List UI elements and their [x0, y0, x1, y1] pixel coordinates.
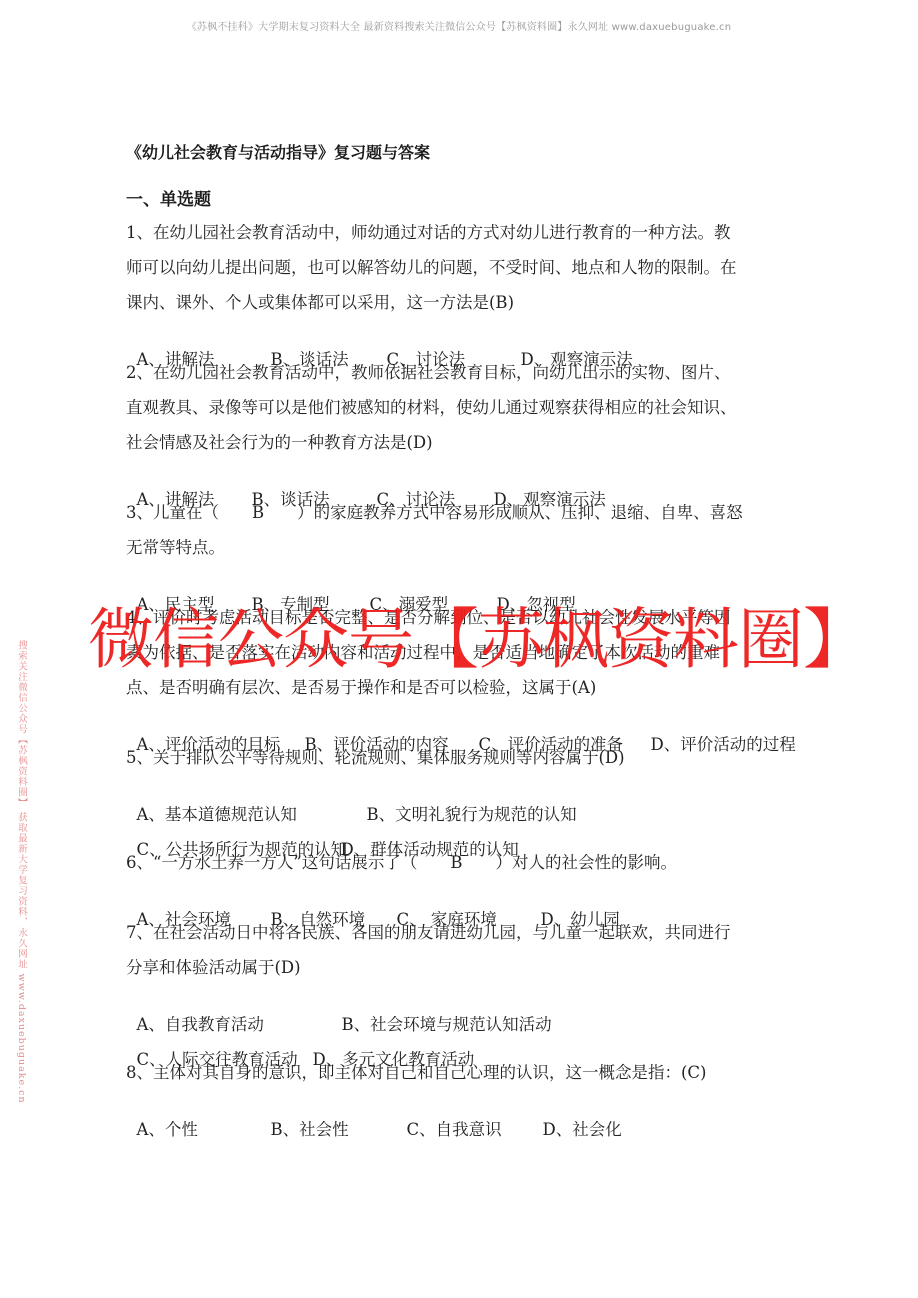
- question-4-line-1: 4、评价时考虑活动目标是否完整、是否分解到位、是否以幼儿社会性发展水平等因: [126, 607, 731, 629]
- question-8-options: A、个性B、社会性C、自我意识D、社会化: [126, 1097, 622, 1141]
- question-6-line-1: 6、“一方水土养一方人”这句话展示了（ B ）对人的社会性的影响。: [126, 852, 677, 874]
- document-title: 《幼儿社会教育与活动指导》复习题与答案: [126, 140, 430, 163]
- question-7-line-2: 分享和体验活动属于(D): [126, 957, 301, 979]
- question-1-line-3: 课内、课外、个人或集体都可以采用，这一方法是(B): [126, 292, 514, 314]
- option-a: A、个性: [137, 1119, 271, 1141]
- section-heading: 一、单选题: [126, 185, 211, 210]
- question-2-line-2: 直观教具、录像等可以是他们被感知的材料，使幼儿通过观察获得相应的社会知识、: [126, 397, 737, 419]
- question-1-line-1: 1、在幼儿园社会教育活动中，师幼通过对话的方式对幼儿进行教育的一种方法。教: [126, 222, 731, 244]
- option-d: D、社会化: [543, 1119, 622, 1141]
- side-watermark: 搜索关注微信公众号【苏枫资料圈】 获取最新大学复习资料，永久网址 www.dax…: [12, 640, 26, 1104]
- option-d: D、评价活动的过程: [651, 734, 796, 756]
- question-3-line-1: 3、儿童在（ B ）的家庭教养方式中容易形成顺从、压抑、退缩、自卑、喜怒: [126, 502, 743, 524]
- question-8-line-1: 8、主体对其自身的意识，即主体对自己和自己心理的认识，这一概念是指：(C): [126, 1062, 707, 1084]
- question-1-line-2: 师可以向幼儿提出问题，也可以解答幼儿的问题，不受时间、地点和人物的限制。在: [126, 257, 737, 279]
- top-banner: 《苏枫不挂科》大学期末复习资料大全 最新资料搜索关注微信公众号【苏枫资料圈】永久…: [0, 18, 918, 33]
- question-4-line-2: 素为依据、是否落实在活动内容和活动过程中，是否适当地确定了本次活动的重难: [126, 642, 720, 664]
- question-4-line-3: 点、是否明确有层次、是否易于操作和是否可以检验，这属于(A): [126, 677, 596, 699]
- question-2-line-1: 2、在幼儿园社会教育活动中，教师依据社会教育目标，向幼儿出示的实物、图片、: [126, 362, 731, 384]
- question-7-line-1: 7、在社会活动日中将各民族、各国的朋友请进幼儿园，与儿童一起联欢，共同进行: [126, 922, 731, 944]
- option-c: C、自我意识: [407, 1119, 543, 1141]
- question-3-line-2: 无常等特点。: [126, 537, 225, 559]
- question-5-line-1: 5、关于排队公平等待规则、轮流规则、集体服务规则等内容属于(D): [126, 747, 625, 769]
- option-b: B、社会性: [271, 1119, 407, 1141]
- question-2-line-3: 社会情感及社会行为的一种教育方法是(D): [126, 432, 433, 454]
